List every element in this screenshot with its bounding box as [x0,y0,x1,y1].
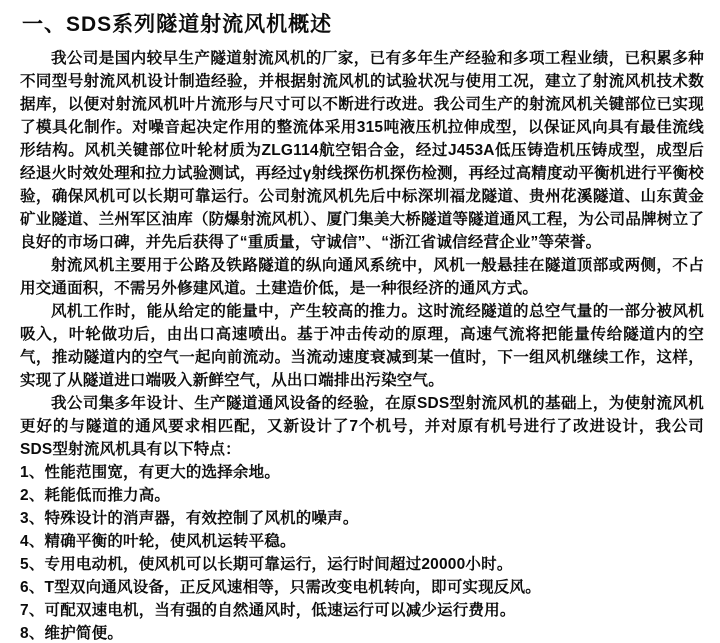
paragraph-working-principle: 风机工作时，能从给定的能量中，产生较高的推力。这时流经隧道的总空气量的一部分被风… [20,300,704,392]
feature-item-8: 8、维护简便。 [20,622,704,643]
paragraph-application: 射流风机主要用于公路及铁路隧道的纵向通风系统中，风机一般悬挂在隧道顶部或两侧，不… [20,254,704,300]
paragraph-design-improvement: 我公司集多年设计、生产隧道通风设备的经验，在原SDS型射流风机的基础上，为使射流… [20,392,704,461]
feature-item-4: 4、精确平衡的叶轮，使风机运转平稳。 [20,530,704,553]
document-title: 一、SDS系列隧道射流风机概述 [22,12,704,38]
feature-item-5: 5、专用电动机，使风机可以长期可靠运行，运行时间超过20000小时。 [20,553,704,576]
paragraph-company-intro: 我公司是国内较早生产隧道射流风机的厂家，已有多年生产经验和多项工程业绩，已积累多… [20,47,704,254]
feature-item-6: 6、T型双向通风设备，正反风速相等，只需改变电机转向，即可实现反风。 [20,576,704,599]
feature-item-1: 1、性能范围宽，有更大的选择余地。 [20,461,704,484]
feature-item-2: 2、耗能低而推力高。 [20,484,704,507]
feature-item-7: 7、可配双速电机，当有强的自然通风时，低速运行可以减少运行费用。 [20,599,704,622]
feature-list: 1、性能范围宽，有更大的选择余地。 2、耗能低而推力高。 3、特殊设计的消声器，… [20,461,704,643]
document-page: 一、SDS系列隧道射流风机概述 我公司是国内较早生产隧道射流风机的厂家，已有多年… [0,0,720,643]
feature-item-3: 3、特殊设计的消声器，有效控制了风机的噪声。 [20,507,704,530]
